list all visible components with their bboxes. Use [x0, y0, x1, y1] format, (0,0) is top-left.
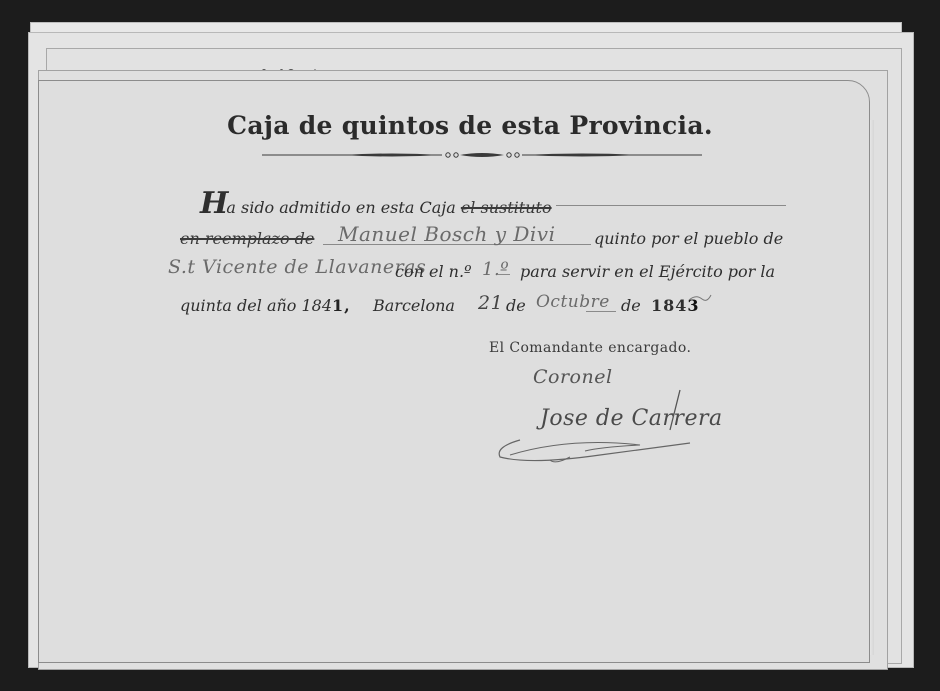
document-page [38, 80, 870, 663]
printed-year: 184 [651, 296, 687, 315]
struck-text: el sustituto [461, 198, 552, 217]
number-label: con el n.º [395, 262, 472, 281]
handwritten-day: 21 [478, 292, 503, 314]
ornamental-rule [262, 150, 702, 160]
dropcap: H [200, 186, 226, 221]
fill-line [586, 311, 616, 312]
printed-text: a sido admitido en esta Caja [226, 198, 455, 217]
fill-line [556, 205, 786, 206]
handwritten-year-digit: 1, [332, 296, 351, 315]
signature-flourish [490, 385, 700, 470]
place-text: Barcelona [373, 296, 455, 315]
text-line-2-end: quinto por el pueblo de [594, 229, 783, 248]
text-de: de [506, 296, 526, 315]
handwritten-number: 1.º [482, 259, 509, 280]
text-line-1: Ha sido admitido en esta Caja el sustitu… [200, 186, 552, 221]
text-de-2: de [621, 296, 641, 315]
text-line-4: quinta del año 1841, [180, 296, 351, 315]
text-line-3-end: para servir en el Ejército por la [520, 262, 775, 281]
flourish-icon [688, 292, 712, 304]
fill-line [498, 274, 510, 275]
handwritten-town: S.t Vicente de Llavaneras [168, 256, 426, 278]
struck-text: en reemplazo de [180, 229, 314, 248]
document-title: Caja de quintos de esta Provincia. [0, 111, 940, 140]
handwritten-name: Manuel Bosch y Divi [338, 222, 555, 246]
printed-text: quinta del año 184 [180, 296, 332, 315]
closing-title: El Comandante encargado. [489, 340, 691, 356]
handwritten-month: Octubre [536, 292, 610, 312]
text-line-2: en reemplazo de [180, 229, 314, 248]
